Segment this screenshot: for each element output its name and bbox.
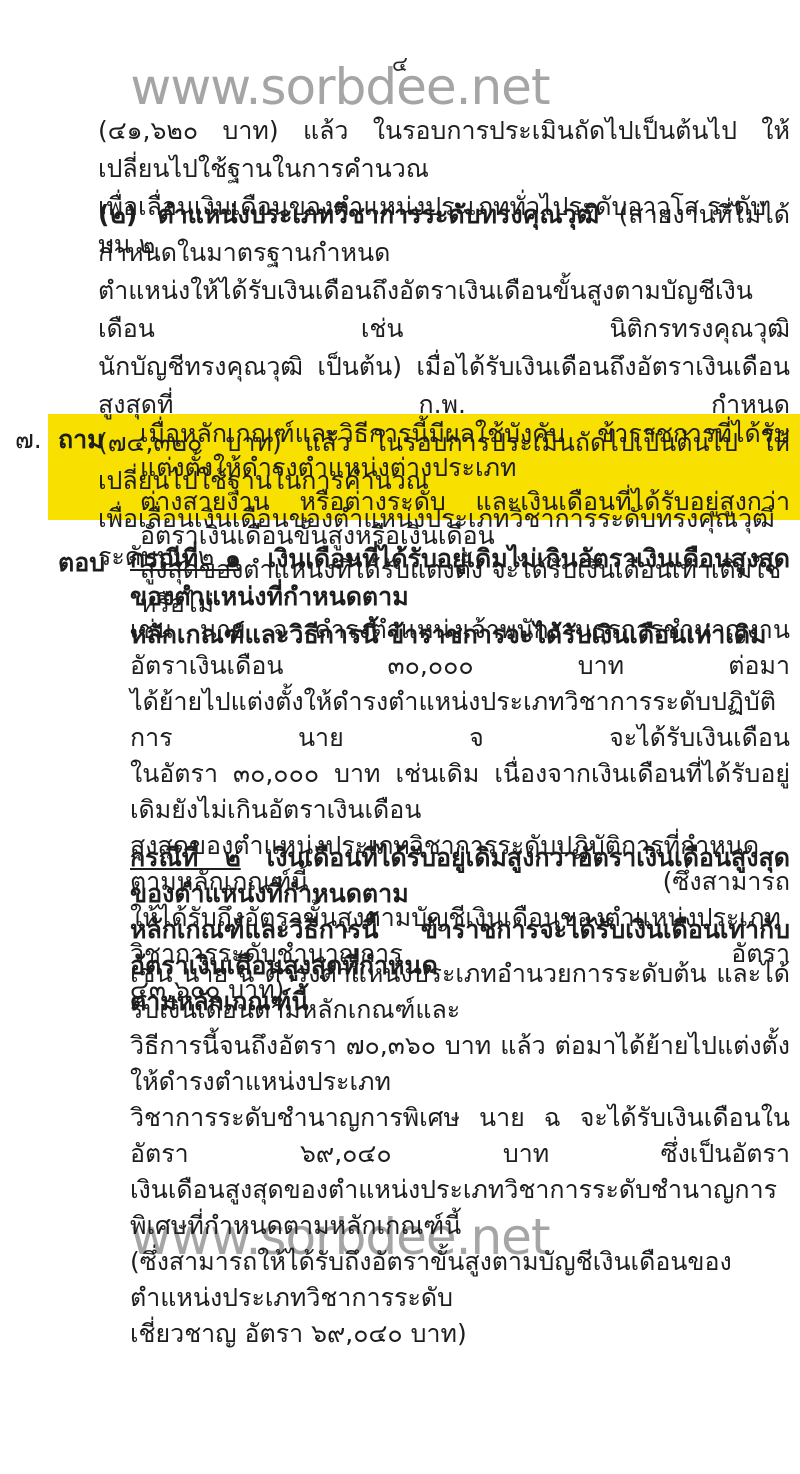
text-line: (๒) ตำแหน่งประเภทวิชาการระดับทรงคุณวุฒิ … — [98, 196, 790, 272]
text-line: ได้ย้ายไปแต่งตั้งให้ดำรงตำแหน่งประเภทวิช… — [130, 684, 790, 756]
text-line: วิธีการนี้จนถึงอัตรา ๗๐,๓๖๐ บาท แล้ว ต่อ… — [130, 1028, 790, 1100]
answer-label: ตอบ — [58, 543, 105, 583]
case1-heading: กรณีที่ ๑ — [130, 544, 241, 573]
text-line: เช่น นาย ฉ ดำรงตำแหน่งประเภทอำนวยการระดั… — [130, 956, 790, 1028]
case2-heading: กรณีที่ ๒ — [130, 843, 241, 872]
text-line: (๔๑,๖๒๐ บาท) แล้ว ในรอบการประเมินถัดไปเป… — [98, 112, 790, 188]
text-line: (ซึ่งสามารถให้ได้รับถึงอัตราขั้นสูงตามบั… — [130, 1244, 790, 1316]
text-line: ในอัตรา ๓๐,๐๐๐ บาท เช่นเดิม เนื่องจากเงิ… — [130, 756, 790, 828]
text-line: เมื่อหลักเกณฑ์และวิธีการนี้มีผลใช้บังคับ… — [140, 417, 790, 485]
text-line: นักบัญชีทรงคุณวุฒิ เป็นต้น) เมื่อได้รับเ… — [98, 348, 790, 424]
paragraph-bold-lead: (๒) ตำแหน่งประเภทวิชาการระดับทรงคุณวุฒิ — [98, 200, 599, 229]
text-line: ตำแหน่งให้ได้รับเงินเดือนถึงอัตราเงินเดื… — [98, 272, 790, 348]
document-page: ๔ www.sorbdee.net (๔๑,๖๒๐ บาท) แล้ว ในรอ… — [0, 0, 800, 1474]
page-number: ๔ — [0, 48, 800, 81]
question-item-number: ๗. — [15, 420, 42, 460]
question-label: ถาม — [58, 420, 104, 460]
text-line: เชี่ยวชาญ อัตรา ๖๙,๐๔๐ บาท) — [130, 1316, 790, 1352]
text-line: วิชาการระดับชำนาญการพิเศษ นาย ฉ จะได้รับ… — [130, 1100, 790, 1172]
text-line: กรณีที่ ๑ เงินเดือนที่ได้รับอยู่เดิมไม่เ… — [130, 540, 790, 616]
text-line: เช่น นาย จ ดำรงตำแหน่งเจ้าพนักงานธุรการช… — [130, 612, 790, 684]
case2-example-paragraph: เช่น นาย ฉ ดำรงตำแหน่งประเภทอำนวยการระดั… — [130, 956, 790, 1352]
text-line: เงินเดือนสูงสุดของตำแหน่งประเภทวิชาการระ… — [130, 1172, 790, 1244]
text-line: กรณีที่ ๒ เงินเดือนที่ได้รับอยู่เดิมสูงก… — [130, 840, 790, 912]
